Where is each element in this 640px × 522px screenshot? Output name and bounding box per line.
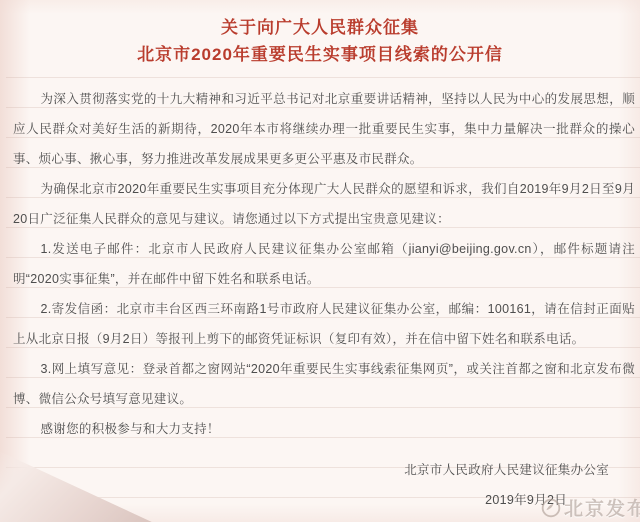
paragraph-method-online: 3.网上填写意见：登录首都之窗网站“2020年重要民生实事线索征集网页”，或关注… [13, 354, 635, 414]
paragraph-thanks: 感谢您的积极参与和大力支持！ [13, 414, 635, 444]
title-line-2: 北京市2020年重要民生实事项目线索的公开信 [0, 41, 640, 68]
title-line-1: 关于向广大人民群众征集 [0, 14, 640, 41]
paragraph-intro: 为深入贯彻落实党的十九大精神和习近平总书记对北京重要讲话精神，坚持以人民为中心的… [13, 84, 635, 174]
signature: 北京市人民政府人民建议征集办公室 [13, 455, 635, 485]
paragraph-solicitation-period: 为确保北京市2020年重要民生实事项目充分体现广大人民群众的愿望和诉求，我们自2… [13, 174, 635, 234]
open-letter-document: 关于向广大人民群众征集 北京市2020年重要民生实事项目线索的公开信 为深入贯彻… [0, 0, 640, 522]
letter-title: 关于向广大人民群众征集 北京市2020年重要民生实事项目线索的公开信 [0, 14, 640, 68]
letter-date: 2019年9月2日 [13, 485, 635, 515]
paragraph-method-email: 1.发送电子邮件：北京市人民政府人民建议征集办公室邮箱（jianyi@beiji… [13, 234, 635, 294]
paragraph-method-mail: 2.寄发信函：北京市丰台区西三环南路1号市政府人民建议征集办公室，邮编：1001… [13, 294, 635, 354]
letter-body: 为深入贯彻落实党的十九大精神和习近平总书记对北京重要讲话精神，坚持以人民为中心的… [13, 84, 635, 515]
